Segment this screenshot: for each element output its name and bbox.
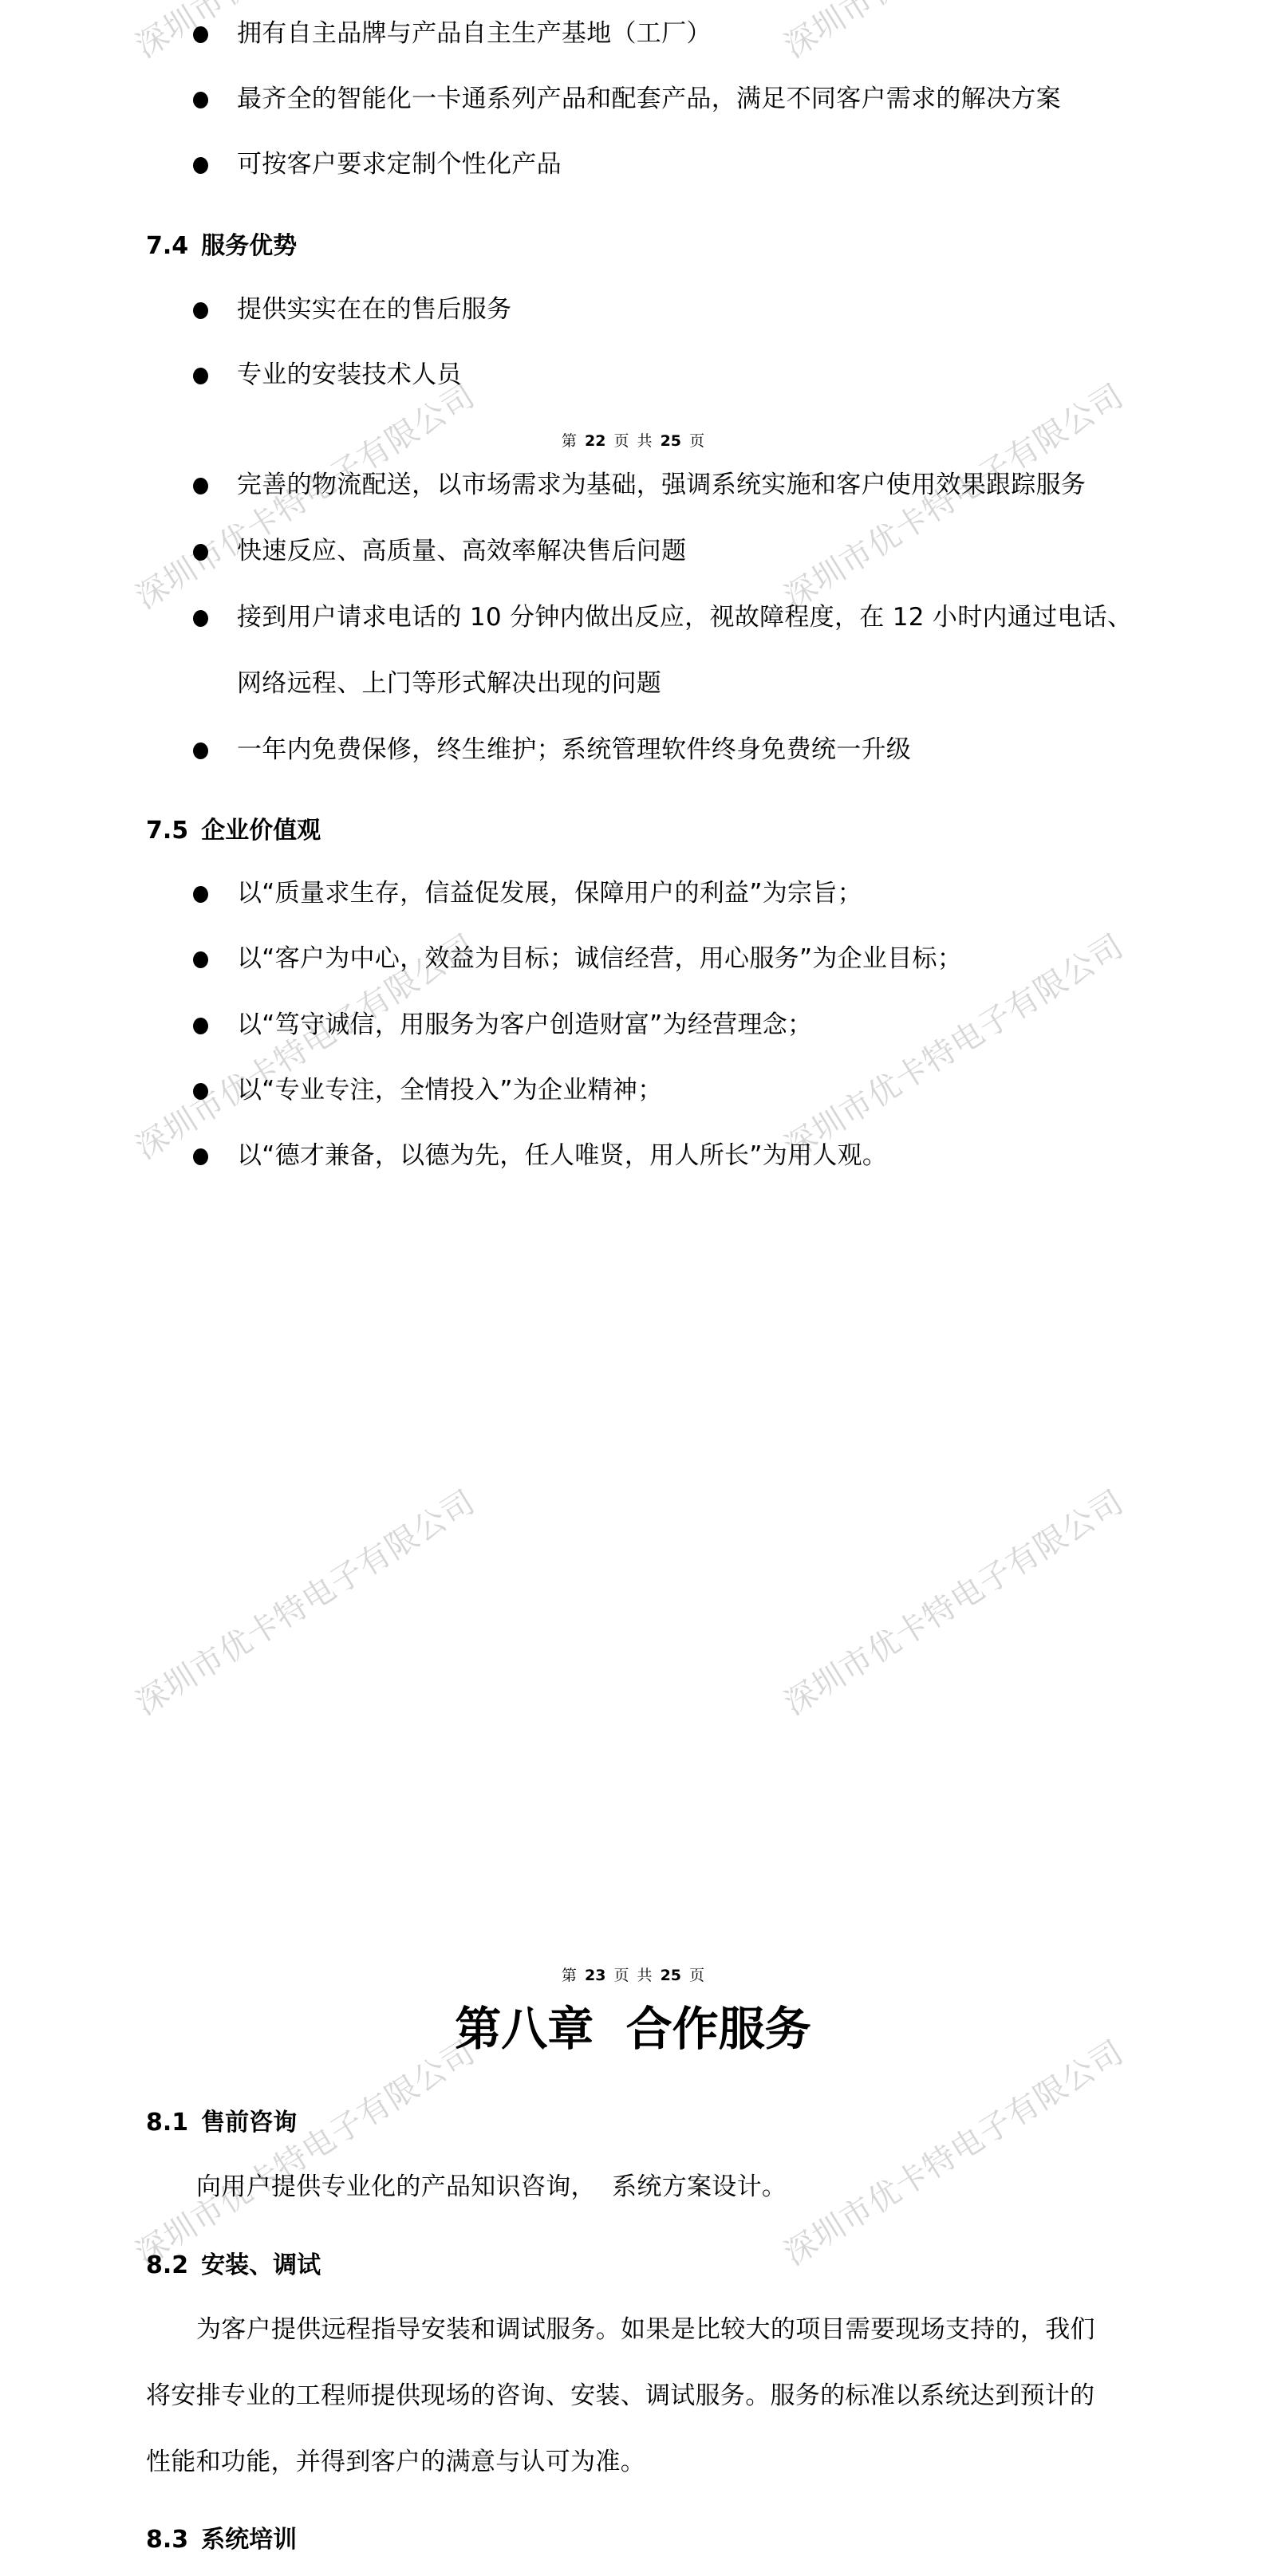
total-page-number: 25 xyxy=(661,1967,681,1984)
bullet-icon xyxy=(193,1018,208,1034)
bullet-icon xyxy=(193,478,208,494)
bullet-icon xyxy=(193,951,208,968)
bullet-icon xyxy=(193,26,208,43)
list-item-text: 以“客户为中心，效益为目标；诚信经营，用心服务”为企业目标； xyxy=(237,943,962,975)
watermark: 深圳市优卡特电子有限公司 xyxy=(747,0,1161,85)
page-footer-middle: 页 共 xyxy=(613,432,652,450)
list-item-text: 提供实实在在的售后服务 xyxy=(237,293,511,325)
list-item-text: 一年内免费保修，终生维护；系统管理软件终身免费统一升级 xyxy=(237,734,911,766)
paragraph-line: 性能和功能，并得到客户的满意与认可为准。 xyxy=(146,2446,1131,2478)
section-title: 企业价值观 xyxy=(201,817,321,845)
section-title: 安装、调试 xyxy=(201,2251,321,2279)
section-heading-8-3: 8.3系统培训 xyxy=(146,2524,297,2556)
page-footer-middle: 页 共 xyxy=(613,1967,652,1984)
current-page-number: 23 xyxy=(585,1967,605,1984)
list-item-text: 网络远程、上门等形式解决出现的问题 xyxy=(237,668,661,699)
list-item-text: 快速反应、高质量、高效率解决售后问题 xyxy=(237,535,686,567)
section-heading-7-4: 7.4服务优势 xyxy=(146,230,297,262)
page-footer-prefix: 第 xyxy=(562,432,577,450)
bullet-icon xyxy=(193,302,208,319)
list-item-text: 完善的物流配送，以市场需求为基础，强调系统实施和客户使用效果跟踪服务 xyxy=(237,469,1086,501)
page-footer: 第 22 页 共 25 页 xyxy=(0,431,1266,451)
section-heading-8-1: 8.1售前咨询 xyxy=(146,2107,297,2139)
section-title: 售前咨询 xyxy=(201,2109,297,2137)
section-title: 系统培训 xyxy=(201,2526,297,2554)
list-item-text: 专业的安装技术人员 xyxy=(237,359,462,391)
list-item-text: 拥有自主品牌与产品自主生产基地（工厂） xyxy=(237,18,712,49)
watermark: 深圳市优卡特电子有限公司 xyxy=(747,1463,1161,1743)
list-item-text: 最齐全的智能化一卡通系列产品和配套产品，满足不同客户需求的解决方案 xyxy=(237,83,1061,115)
section-number: 8.2 xyxy=(146,2251,188,2279)
paragraph: 向用户提供专业化的产品知识咨询， 系统方案设计。 xyxy=(196,2171,1181,2203)
paragraph-line: 将安排专业的工程师提供现场的咨询、安装、调试服务。服务的标准以系统达到预计的 xyxy=(146,2380,1131,2412)
bullet-icon xyxy=(193,92,208,108)
section-number: 8.3 xyxy=(146,2526,188,2554)
paragraph-line: 为客户提供远程指导安装和调试服务。如果是比较大的项目需要现场支持的，我们 xyxy=(196,2314,1181,2346)
list-item-text: 以“专业专注，全情投入”为企业精神； xyxy=(237,1074,663,1106)
bullet-icon xyxy=(193,157,208,174)
section-number: 7.4 xyxy=(146,232,188,260)
page-footer-suffix: 页 xyxy=(689,432,704,450)
section-number: 7.5 xyxy=(146,817,188,845)
total-page-number: 25 xyxy=(661,432,681,450)
section-title: 服务优势 xyxy=(201,232,297,260)
list-item-text: 接到用户请求电话的 10 分钟内做出反应，视故障程度，在 12 小时内通过电话、 xyxy=(237,601,1132,633)
bullet-icon xyxy=(193,1083,208,1100)
bullet-icon xyxy=(193,742,208,759)
bullet-icon xyxy=(193,610,208,627)
page-footer-suffix: 页 xyxy=(689,1967,704,1984)
bullet-icon xyxy=(193,368,208,384)
bullet-icon xyxy=(193,1148,208,1165)
page-footer: 第 23 页 共 25 页 xyxy=(0,1966,1266,1985)
bullet-icon xyxy=(193,886,208,903)
page-footer-prefix: 第 xyxy=(562,1967,577,1984)
section-heading-8-2: 8.2安装、调试 xyxy=(146,2250,321,2282)
list-item-text: 以“德才兼备，以德为先，任人唯贤，用人所长”为用人观。 xyxy=(237,1140,887,1172)
section-number: 8.1 xyxy=(146,2109,188,2137)
list-item-text: 可按客户要求定制个性化产品 xyxy=(237,148,562,180)
watermark: 深圳市优卡特电子有限公司 xyxy=(99,1463,512,1743)
list-item-text: 以“笃守诚信，用服务为客户创造财富”为经营理念； xyxy=(237,1009,812,1041)
current-page-number: 22 xyxy=(585,432,605,450)
chapter-title: 第八章 合作服务 xyxy=(0,2003,1266,2054)
bullet-icon xyxy=(193,544,208,561)
list-item-text: 以“质量求生存，信益促发展，保障用户的利益”为宗旨； xyxy=(237,877,862,909)
section-heading-7-5: 7.5企业价值观 xyxy=(146,815,321,847)
